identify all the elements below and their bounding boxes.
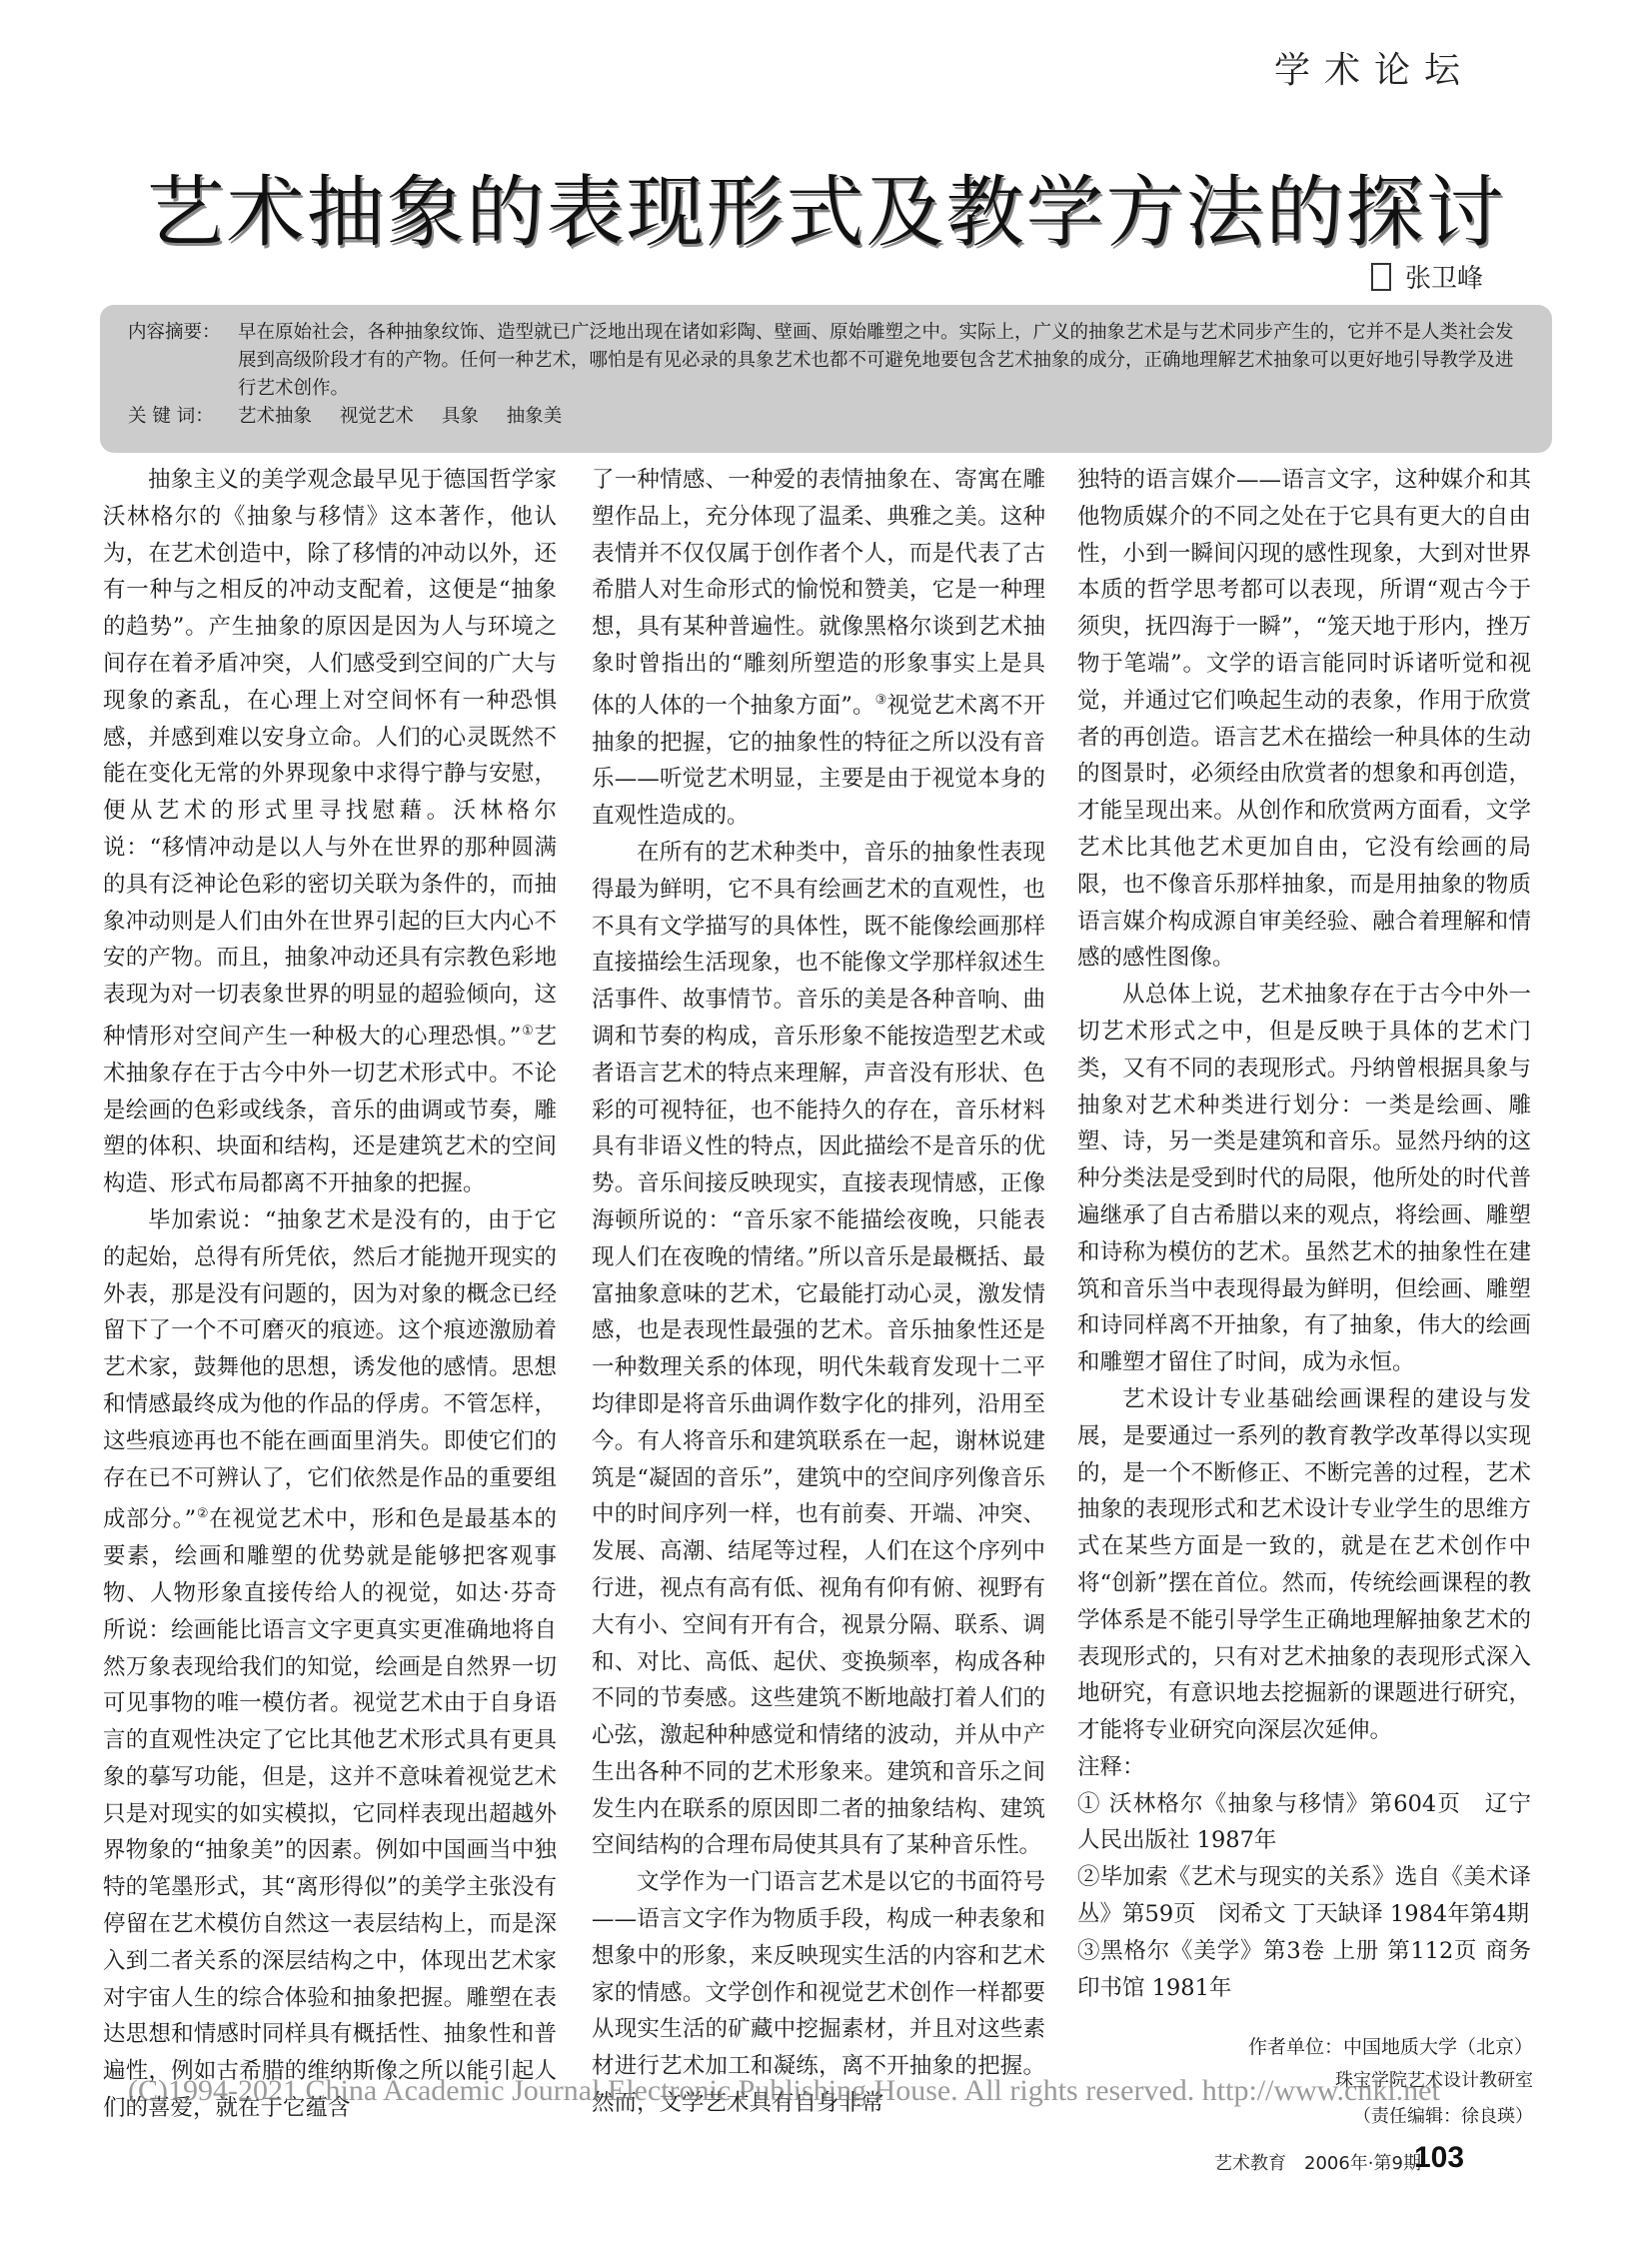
article-title: 艺术抽象的表现形式及教学方法的探讨 — [0, 150, 1652, 262]
responsible-editor: （责任编辑：徐良瑛） — [1077, 2099, 1533, 2135]
square-bullet-icon — [1371, 263, 1391, 291]
paragraph: 抽象主义的美学观念最早见于德国哲学家沃林格尔的《抽象与移情》这本著作，他认为，在… — [103, 462, 557, 1202]
section-label: 学术论坛 — [1274, 42, 1474, 93]
footnote-ref: ② — [196, 1506, 209, 1521]
keywords-row: 关 键 词： 艺术抽象 视觉艺术 具象 抽象美 — [128, 403, 1524, 431]
paragraph: 了一种情感、一种爱的表情抽象在、寄寓在雕塑作品上，充分体现了温柔、典雅之美。这种… — [592, 462, 1045, 835]
footnote-ref: ① — [521, 1024, 534, 1039]
abstract-box: 内容摘要： 早在原始社会，各种抽象纹饰、造型就已广泛地出现在诸如彩陶、壁画、原始… — [100, 305, 1552, 453]
journal-name: 艺术教育 — [1214, 2153, 1286, 2174]
notes-heading: 注释： — [1077, 1749, 1531, 1786]
paragraph-text: 毕加索说：“抽象艺术是没有的，由于它的起始，总得有所凭依，然后才能抛开现实的外表… — [103, 1207, 557, 1532]
footnote: ① 沃林格尔《抽象与移情》第604页 辽宁人民出版社 1987年 — [1077, 1786, 1531, 1860]
abstract-row: 内容摘要： 早在原始社会，各种抽象纹饰、造型就已广泛地出现在诸如彩陶、壁画、原始… — [128, 319, 1524, 403]
author-line: 张卫峰 — [1371, 258, 1483, 295]
keyword: 抽象美 — [507, 406, 563, 427]
keyword: 具象 — [442, 406, 479, 427]
issue-info: 2006年·第9期 — [1304, 2153, 1421, 2174]
author-name: 张卫峰 — [1405, 264, 1483, 294]
author-affiliation: 作者单位：中国地质大学（北京） — [1077, 2029, 1533, 2065]
keyword: 艺术抽象 — [238, 406, 312, 427]
keywords-label: 关 键 词： — [128, 403, 238, 431]
body-column-2: 了一种情感、一种爱的表情抽象在、寄寓在雕塑作品上，充分体现了温柔、典雅之美。这种… — [592, 462, 1045, 2122]
paragraph: 艺术设计专业基础绘画课程的建设与发展，是要通过一系列的教育教学改革得以实现的，是… — [1077, 1381, 1531, 1749]
page-number: 103 — [1414, 2141, 1464, 2175]
paragraph: 毕加索说：“抽象艺术是没有的，由于它的起始，总得有所凭依，然后才能抛开现实的外表… — [103, 1202, 557, 2127]
body-column-1: 抽象主义的美学观念最早见于德国哲学家沃林格尔的《抽象与移情》这本著作，他认为，在… — [103, 462, 557, 2127]
abstract-label: 内容摘要： — [128, 319, 238, 403]
abstract-text: 早在原始社会，各种抽象纹饰、造型就已广泛地出现在诸如彩陶、壁画、原始雕塑之中。实… — [238, 319, 1524, 403]
paragraph-text: 抽象主义的美学观念最早见于德国哲学家沃林格尔的《抽象与移情》这本著作，他认为，在… — [103, 467, 557, 1050]
paragraph: 在所有的艺术种类中，音乐的抽象性表现得最为鲜明，它不具有绘画艺术的直观性，也不具… — [592, 835, 1045, 1864]
author-department: 珠宝学院艺术设计教研室 — [1077, 2063, 1533, 2099]
keywords-list: 艺术抽象 视觉艺术 具象 抽象美 — [238, 403, 1524, 431]
keyword: 视觉艺术 — [340, 406, 414, 427]
paragraph: 从总体上说，艺术抽象存在于古今中外一切艺术形式之中，但是反映于具体的艺术门类，又… — [1077, 977, 1531, 1381]
paragraph: 文学作为一门语言艺术是以它的书面符号——语言文字作为物质手段，构成一种表象和想象… — [592, 1864, 1045, 2122]
footnote: ③黑格尔《美学》第3卷 上册 第112页 商务印书馆 1981年 — [1077, 1933, 1531, 2007]
body-column-3: 独特的语言媒介——语言文字，这种媒介和其他物质媒介的不同之处在于它具有更大的自由… — [1077, 462, 1531, 2006]
footnote-ref: ③ — [875, 693, 887, 708]
paragraph: 独特的语言媒介——语言文字，这种媒介和其他物质媒介的不同之处在于它具有更大的自由… — [1077, 462, 1531, 977]
paragraph-text: 了一种情感、一种爱的表情抽象在、寄寓在雕塑作品上，充分体现了温柔、典雅之美。这种… — [592, 467, 1045, 719]
paragraph-text: 在视觉艺术中，形和色是最基本的要素，绘画和雕塑的优势就是能够把客观事物、人物形象… — [103, 1506, 557, 2121]
footnote: ②毕加索《艺术与现实的关系》选自《美术译丛》第59页 闵希文 丁天缺译 1984… — [1077, 1859, 1531, 1933]
page-footer: 艺术教育2006年·第9期 — [1214, 2149, 1421, 2175]
